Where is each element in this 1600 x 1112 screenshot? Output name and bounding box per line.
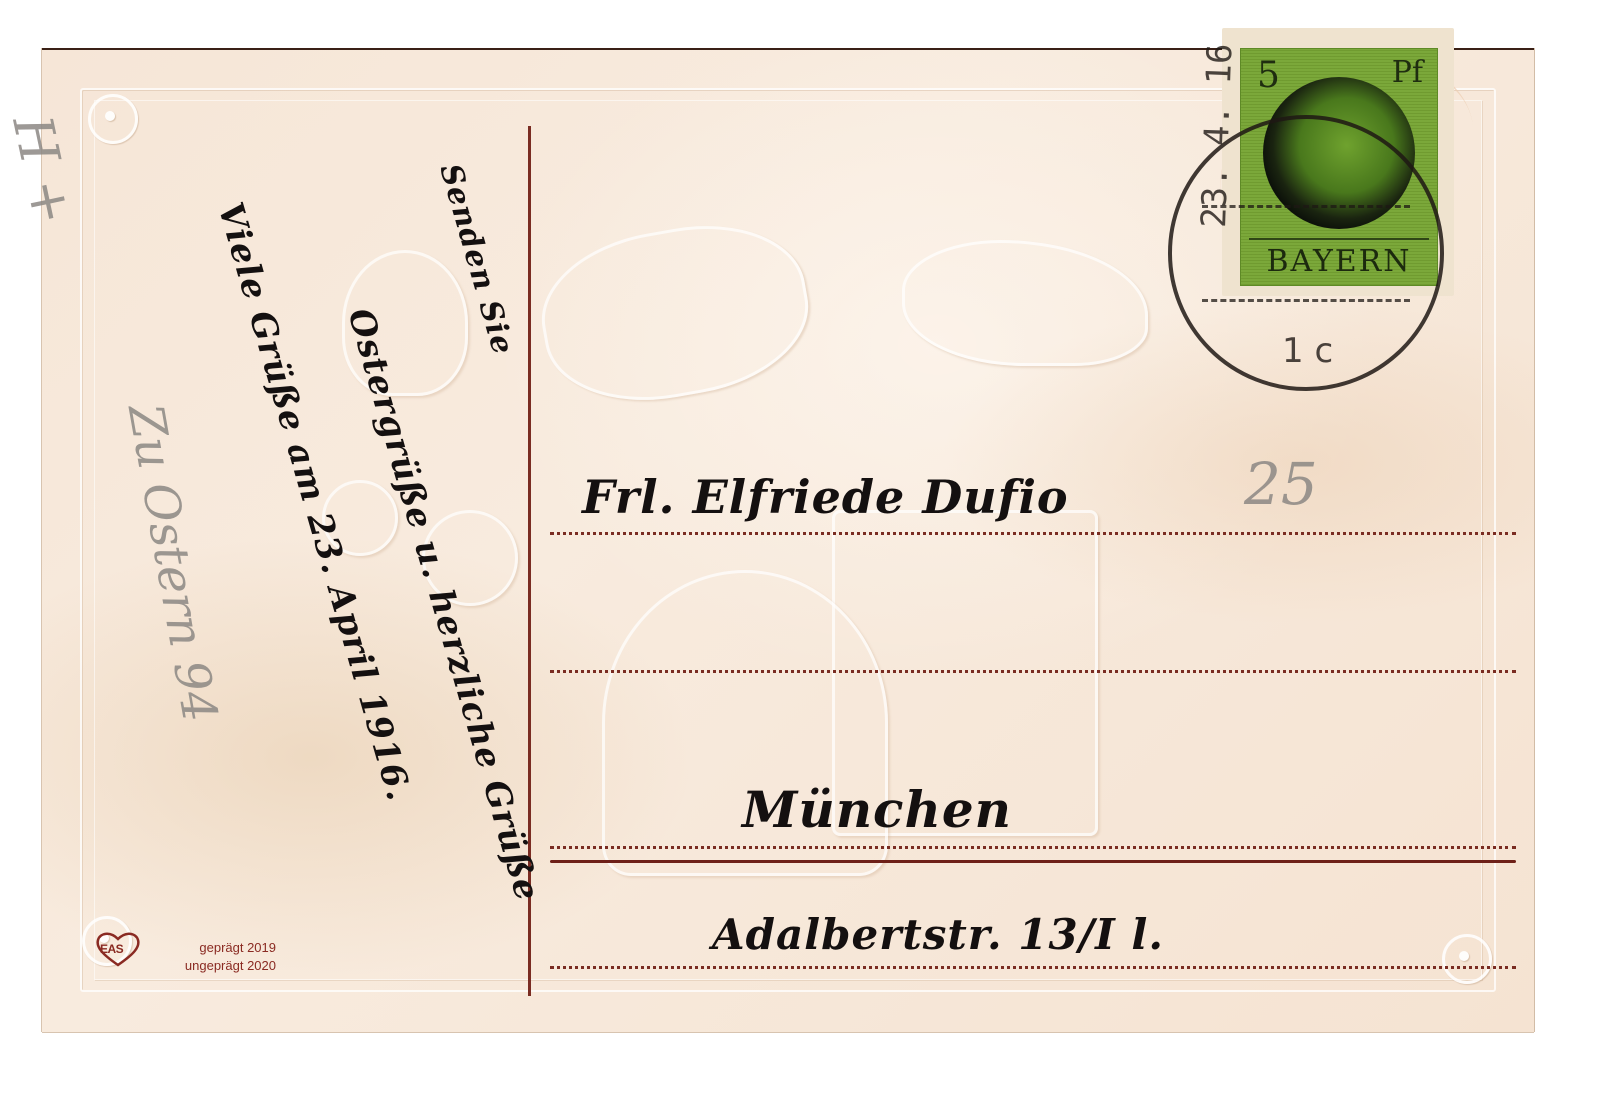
imprint-unembossed: ungeprägt 2020: [150, 958, 276, 973]
publisher-heart-logo: EAS: [94, 930, 142, 968]
pencil-note-number: 25: [1244, 450, 1318, 518]
rosette-ornament-icon: [88, 94, 138, 144]
stamp-unit: Pf: [1392, 55, 1423, 90]
address-line-3: [550, 846, 1516, 849]
postmark-bar: [1202, 299, 1410, 302]
postmark-code: 1 c: [1282, 331, 1333, 371]
address-line-2: [550, 670, 1516, 673]
address-city: München: [742, 780, 1012, 839]
address-line-1: [550, 532, 1516, 535]
address-line-4: [550, 966, 1516, 969]
pencil-note-top-left: H +: [0, 110, 84, 230]
address-rule: [550, 860, 1516, 863]
address-street: Adalbertstr. 13/I l.: [712, 910, 1164, 959]
imprint-embossed: geprägt 2019: [150, 940, 276, 955]
address-recipient: Frl. Elfriede Dufio: [582, 470, 1069, 524]
publisher-logo-text: EAS: [100, 942, 123, 956]
postmark-date: 23. 4. 16: [1194, 43, 1240, 229]
stamp-value: 5: [1257, 55, 1280, 96]
rosette-ornament-icon: [1442, 934, 1492, 984]
postmark-cancellation: 23. 4. 16 1 c: [1168, 115, 1444, 391]
